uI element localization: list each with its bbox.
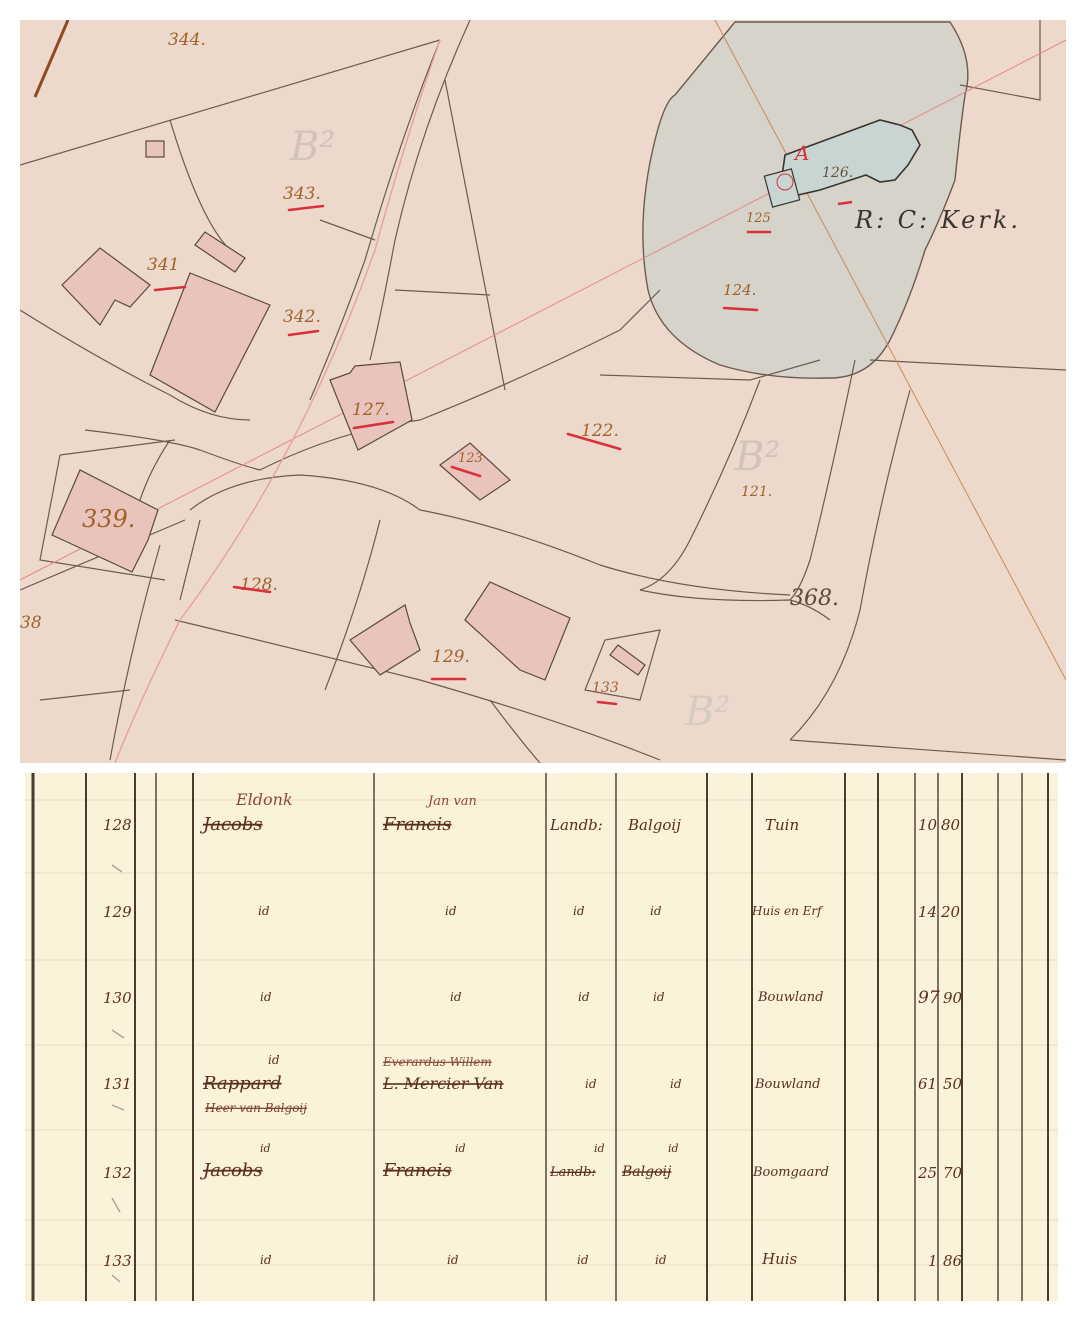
buildings bbox=[52, 141, 645, 680]
owner-given: L. Mercier Van bbox=[382, 1074, 504, 1093]
culture: Huis bbox=[761, 1250, 798, 1268]
profession: id bbox=[585, 1077, 597, 1091]
area-sub: 80 bbox=[941, 816, 961, 834]
profession-above: id bbox=[594, 1142, 605, 1155]
profession: id bbox=[578, 990, 590, 1004]
register-row-132: 132 id Jacobs id Francis id Landb: id Ba… bbox=[103, 1142, 963, 1182]
building-small bbox=[146, 141, 164, 157]
residence: Balgoij bbox=[621, 1164, 672, 1180]
building-129a bbox=[350, 605, 420, 675]
area-sub: 50 bbox=[943, 1075, 963, 1093]
parcel-121: 121. bbox=[741, 484, 772, 500]
parcel-344: 344. bbox=[168, 30, 206, 50]
parcel-number: 131 bbox=[103, 1075, 132, 1093]
building-341c bbox=[150, 273, 270, 412]
parcel-133: 133 bbox=[592, 680, 619, 696]
profession: Landb: bbox=[549, 816, 603, 834]
profession: id bbox=[573, 904, 585, 918]
culture: Boomgaard bbox=[752, 1165, 829, 1180]
culture: Bouwland bbox=[757, 990, 823, 1005]
parcel-number: 132 bbox=[103, 1164, 132, 1182]
cadastral-register: 128 Eldonk Jacobs Jan van Francis Landb:… bbox=[25, 773, 1058, 1301]
owner-given-above: id bbox=[455, 1142, 466, 1155]
parcel-339: 339. bbox=[82, 505, 135, 533]
area-sub: 90 bbox=[943, 989, 963, 1007]
owner-surname: Jacobs bbox=[199, 1160, 263, 1181]
parcel-122: 122. bbox=[581, 421, 619, 441]
church-marker: A bbox=[793, 141, 809, 165]
culture: Tuin bbox=[765, 816, 799, 834]
owner-surname-above: id bbox=[260, 1142, 271, 1155]
area-main: 25 bbox=[917, 1164, 937, 1182]
register-row-129: 129 id id id id Huis en Erf 14 20 bbox=[103, 903, 961, 921]
residence: Balgoij bbox=[627, 816, 681, 834]
section-mark: B² bbox=[684, 689, 730, 735]
building-129b bbox=[465, 582, 570, 680]
parcel-341: 341 bbox=[147, 255, 179, 275]
parcel-124: 124. bbox=[723, 281, 756, 299]
owner-surname: Rappard bbox=[202, 1073, 282, 1094]
owner-surname: id bbox=[260, 1253, 272, 1267]
culture: Huis en Erf bbox=[751, 904, 824, 918]
parcel-number: 130 bbox=[103, 989, 132, 1007]
area-main: 10 bbox=[918, 816, 938, 834]
church-label: R: C: Kerk. bbox=[854, 206, 1021, 234]
owner-given: Francis bbox=[382, 1160, 452, 1181]
profession: id bbox=[577, 1253, 589, 1267]
owner-surname: id bbox=[260, 990, 272, 1004]
parcel-125: 125 bbox=[746, 211, 771, 226]
parcel-128: 128. bbox=[240, 575, 278, 595]
area-sub: 70 bbox=[943, 1164, 963, 1182]
parcel-368: 368. bbox=[790, 586, 839, 611]
profession: Landb: bbox=[549, 1165, 596, 1180]
edge-ink-stroke bbox=[35, 20, 68, 97]
parcel-number: 129 bbox=[103, 903, 132, 921]
section-mark: B² bbox=[289, 124, 335, 170]
owner-given: id bbox=[450, 990, 462, 1004]
culture: Bouwland bbox=[754, 1077, 820, 1092]
area-sub: 20 bbox=[940, 903, 961, 921]
register-row-130: 130 id id id id Bouwland 97 90 bbox=[103, 988, 963, 1008]
register-page: 128 Eldonk Jacobs Jan van Francis Landb:… bbox=[25, 773, 1058, 1301]
residence-above: id bbox=[668, 1142, 679, 1155]
owner-surname: Jacobs bbox=[199, 814, 263, 835]
parcel-343: 343. bbox=[283, 184, 321, 204]
parcel-342: 342. bbox=[283, 307, 321, 327]
owner-given-above: Everardus Willem bbox=[382, 1055, 492, 1069]
parcel-129: 129. bbox=[432, 647, 470, 667]
parcel-123: 123 bbox=[458, 451, 483, 466]
map-drawing: A R: C: Kerk. B² B² B² 344. 343. 341 342… bbox=[20, 20, 1066, 763]
building-341a bbox=[62, 248, 150, 325]
residence: id bbox=[650, 904, 662, 918]
area-main: 61 bbox=[918, 1075, 937, 1093]
pencil-ticks bbox=[112, 865, 124, 1282]
owner-surname-correction: Eldonk bbox=[235, 790, 293, 809]
area-sub: 86 bbox=[943, 1252, 963, 1270]
owner-given: id bbox=[447, 1253, 459, 1267]
parcel-338: 38 bbox=[20, 613, 42, 633]
register-row-128: 128 Eldonk Jacobs Jan van Francis Landb:… bbox=[103, 790, 961, 835]
parcel-127: 127. bbox=[352, 400, 390, 420]
owner-surname-line2: Heer van Balgoij bbox=[204, 1101, 307, 1115]
owner-given: Francis bbox=[382, 814, 452, 835]
owner-given-correction: Jan van bbox=[425, 794, 477, 809]
register-row-131: 131 id Rappard Heer van Balgoij Everardu… bbox=[103, 1053, 963, 1115]
area-main: 14 bbox=[918, 903, 937, 921]
area-main: 97 bbox=[918, 988, 940, 1008]
residence: id bbox=[670, 1077, 682, 1091]
parcel-number: 133 bbox=[103, 1252, 132, 1270]
owner-surname: id bbox=[258, 904, 270, 918]
cadastral-map: A R: C: Kerk. B² B² B² 344. 343. 341 342… bbox=[20, 20, 1066, 763]
register-row-133: 133 id id id id Huis 1 86 bbox=[103, 1250, 963, 1270]
section-mark: B² bbox=[734, 434, 780, 480]
residence: id bbox=[655, 1253, 667, 1267]
parcel-number: 128 bbox=[103, 816, 132, 834]
churchyard-outline bbox=[643, 22, 968, 378]
owner-given: id bbox=[445, 904, 457, 918]
register-rows: 128 Eldonk Jacobs Jan van Francis Landb:… bbox=[103, 790, 963, 1270]
owner-surname-above: id bbox=[268, 1053, 280, 1067]
residence: id bbox=[653, 990, 665, 1004]
area-main: 1 bbox=[928, 1252, 938, 1270]
building-133 bbox=[610, 645, 645, 675]
parcel-126: 126. bbox=[822, 165, 853, 181]
